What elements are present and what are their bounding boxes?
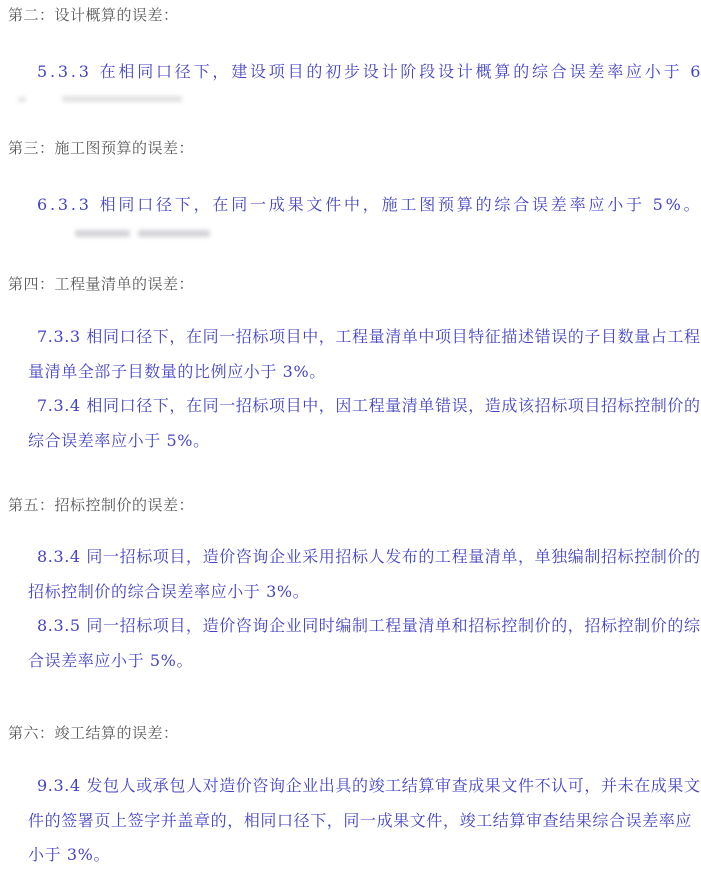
clause-line: 小于 3%。 bbox=[28, 838, 694, 873]
clause-line: 件的签署页上签字并盖章的，相同口径下，同一成果文件，竣工结算审查结果综合误差率应 bbox=[28, 804, 694, 839]
faded-text-artifact bbox=[138, 230, 210, 237]
section-heading-6: 第六：竣工结算的误差： bbox=[8, 724, 179, 744]
clause-6-3-3: 6.3.3 相同口径下，在同一成果文件中，施工图预算的综合误差率应小于 5%。 bbox=[28, 188, 694, 223]
clause-8-3-5: 8.3.5 同一招标项目，造价咨询企业同时编制工程量清单和招标控制价的，招标控制… bbox=[28, 609, 694, 678]
clause-line: 合误差率应小于 5%。 bbox=[28, 644, 694, 679]
section-2-clauses: 5.3.3 在相同口径下，建设项目的初步设计阶段设计概算的综合误差率应小于 6%… bbox=[28, 55, 694, 90]
clause-line: 综合误差率应小于 5%。 bbox=[28, 424, 694, 459]
clause-9-3-4: 9.3.4 发包人或承包人对造价咨询企业出具的竣工结算审查成果文件不认可，并未在… bbox=[28, 769, 694, 873]
section-heading-2: 第二：设计概算的误差： bbox=[8, 6, 179, 26]
section-heading-3: 第三：施工图预算的误差： bbox=[8, 139, 194, 159]
clause-line: 8.3.5 同一招标项目，造价咨询企业同时编制工程量清单和招标控制价的，招标控制… bbox=[28, 609, 694, 644]
clause-line: 7.3.4 相同口径下，在同一招标项目中，因工程量清单错误，造成该招标项目招标控… bbox=[28, 389, 694, 424]
faded-text-artifact bbox=[18, 97, 26, 102]
clause-line: 6.3.3 相同口径下，在同一成果文件中，施工图预算的综合误差率应小于 5%。 bbox=[28, 188, 694, 223]
clause-7-3-3: 7.3.3 相同口径下，在同一招标项目中，工程量清单中项目特征描述错误的子目数量… bbox=[28, 320, 694, 389]
section-5-clauses: 8.3.4 同一招标项目，造价咨询企业采用招标人发布的工程量清单，单独编制招标控… bbox=[28, 540, 694, 678]
section-heading-5: 第五：招标控制价的误差： bbox=[8, 496, 194, 516]
clause-line: 9.3.4 发包人或承包人对造价咨询企业出具的竣工结算审查成果文件不认可，并未在… bbox=[28, 769, 694, 804]
section-heading-4: 第四：工程量清单的误差： bbox=[8, 275, 194, 295]
clause-8-3-4: 8.3.4 同一招标项目，造价咨询企业采用招标人发布的工程量清单，单独编制招标控… bbox=[28, 540, 694, 609]
section-6-clauses: 9.3.4 发包人或承包人对造价咨询企业出具的竣工结算审查成果文件不认可，并未在… bbox=[28, 769, 694, 873]
faded-text-artifact bbox=[75, 230, 130, 237]
clause-line: 量清单全部子目数量的比例应小于 3%。 bbox=[28, 355, 694, 390]
clause-line: 招标控制价的综合误差率应小于 3%。 bbox=[28, 575, 694, 610]
clause-line: 5.3.3 在相同口径下，建设项目的初步设计阶段设计概算的综合误差率应小于 6%… bbox=[28, 55, 694, 90]
clause-line: 8.3.4 同一招标项目，造价咨询企业采用招标人发布的工程量清单，单独编制招标控… bbox=[28, 540, 694, 575]
clause-7-3-4: 7.3.4 相同口径下，在同一招标项目中，因工程量清单错误，造成该招标项目招标控… bbox=[28, 389, 694, 458]
faded-text-artifact bbox=[62, 96, 182, 102]
section-3-clauses: 6.3.3 相同口径下，在同一成果文件中，施工图预算的综合误差率应小于 5%。 bbox=[28, 188, 694, 223]
section-4-clauses: 7.3.3 相同口径下，在同一招标项目中，工程量清单中项目特征描述错误的子目数量… bbox=[28, 320, 694, 458]
document-page: 第二：设计概算的误差： 5.3.3 在相同口径下，建设项目的初步设计阶段设计概算… bbox=[0, 0, 701, 883]
clause-5-3-3: 5.3.3 在相同口径下，建设项目的初步设计阶段设计概算的综合误差率应小于 6%… bbox=[28, 55, 694, 90]
clause-line: 7.3.3 相同口径下，在同一招标项目中，工程量清单中项目特征描述错误的子目数量… bbox=[28, 320, 694, 355]
